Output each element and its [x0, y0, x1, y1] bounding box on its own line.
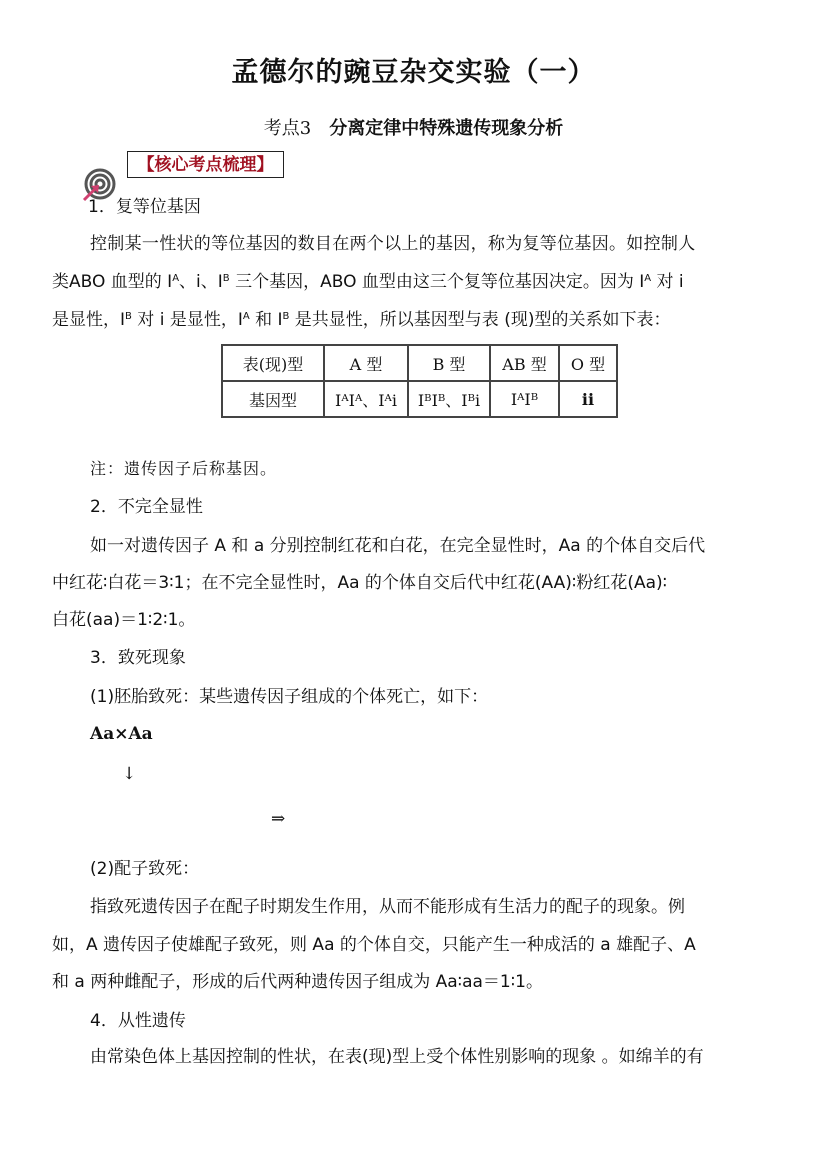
section-3-embryo-lethal: (1)胚胎致死：某些遗传因子组成的个体死亡，如下：	[90, 686, 488, 708]
page-title: 孟德尔的豌豆杂交实验（一）	[0, 50, 827, 89]
table-row-label: 基因型	[222, 381, 324, 417]
subtitle: 考点3分离定律中特殊遗传现象分析	[0, 114, 827, 140]
table-cell: ii	[559, 381, 617, 417]
section-3-line-2: 如，A 遗传因子使雄配子致死，则 Aa 的个体自交，只能产生一种成活的 a 雄配…	[52, 934, 696, 956]
table-header-cell: A 型	[324, 345, 408, 381]
section-2-line-1: 如一对遗传因子 A 和 a 分别控制红花和白花，在完全显性时，Aa 的个体自交后…	[90, 535, 705, 557]
note-text: 注：遗传因子后称基因。	[90, 458, 277, 480]
table-header-row: 表(现)型 A 型 B 型 AB 型 O 型	[222, 345, 617, 381]
blood-type-table: 表(现)型 A 型 B 型 AB 型 O 型 基因型 IᴬIᴬ、Iᴬi IᴮIᴮ…	[221, 344, 618, 418]
section-1-para-line-3: 是显性，IB 对 i 是显性，IA 和 IB 是共显性，所以基因型与表 (现)型…	[52, 309, 670, 331]
table-row: 基因型 IᴬIᴬ、Iᴬi IᴮIᴮ、Iᴮi IᴬIᴮ ii	[222, 381, 617, 417]
subtitle-text: 分离定律中特殊遗传现象分析	[329, 118, 563, 139]
section-4-heading: 4．从性遗传	[90, 1010, 186, 1032]
section-3-heading: 3．致死现象	[90, 647, 186, 669]
implies-arrow-icon: ⇒	[271, 808, 285, 830]
section-3-line-3: 和 a 两种雌配子，形成的后代两种遗传因子组成为 Aa∶aa＝1∶1。	[52, 971, 543, 993]
table-header-cell: AB 型	[490, 345, 559, 381]
section-3-gamete-lethal: (2)配子致死：	[90, 858, 199, 880]
section-1-para-line-2: 类ABO 血型的 IA、i、IB 三个基因，ABO 血型由这三个复等位基因决定。…	[52, 271, 684, 293]
section-2-heading: 2．不完全显性	[90, 496, 203, 518]
cross-notation: Aa×Aa	[90, 723, 153, 745]
table-header-cell: 表(现)型	[222, 345, 324, 381]
section-1-para-line-1: 控制某一性状的等位基因的数目在两个以上的基因，称为复等位基因。如控制人	[90, 233, 696, 255]
section-3-line-1: 指致死遗传因子在配子时期发生作用，从而不能形成有生活力的配子的现象。例	[90, 896, 685, 918]
down-arrow-icon: ↓	[122, 763, 136, 785]
section-4-line-1: 由常染色体上基因控制的性状，在表(现)型上受个体性别影响的现象 。如绵羊的有	[90, 1046, 704, 1068]
subtitle-label: 考点3	[264, 118, 311, 139]
table-cell: IᴮIᴮ、Iᴮi	[408, 381, 490, 417]
section-2-line-2: 中红花∶白花＝3∶1；在不完全显性时，Aa 的个体自交后代中红花(AA)∶粉红花…	[52, 572, 667, 594]
section-2-line-3: 白花(aa)＝1∶2∶1。	[52, 609, 195, 631]
table-cell: IᴬIᴬ、Iᴬi	[324, 381, 408, 417]
core-points-badge: 【核心考点梳理】	[127, 151, 284, 178]
table-cell: IᴬIᴮ	[490, 381, 559, 417]
section-1-heading: 1．复等位基因	[88, 196, 201, 218]
table-header-cell: O 型	[559, 345, 617, 381]
table-header-cell: B 型	[408, 345, 490, 381]
